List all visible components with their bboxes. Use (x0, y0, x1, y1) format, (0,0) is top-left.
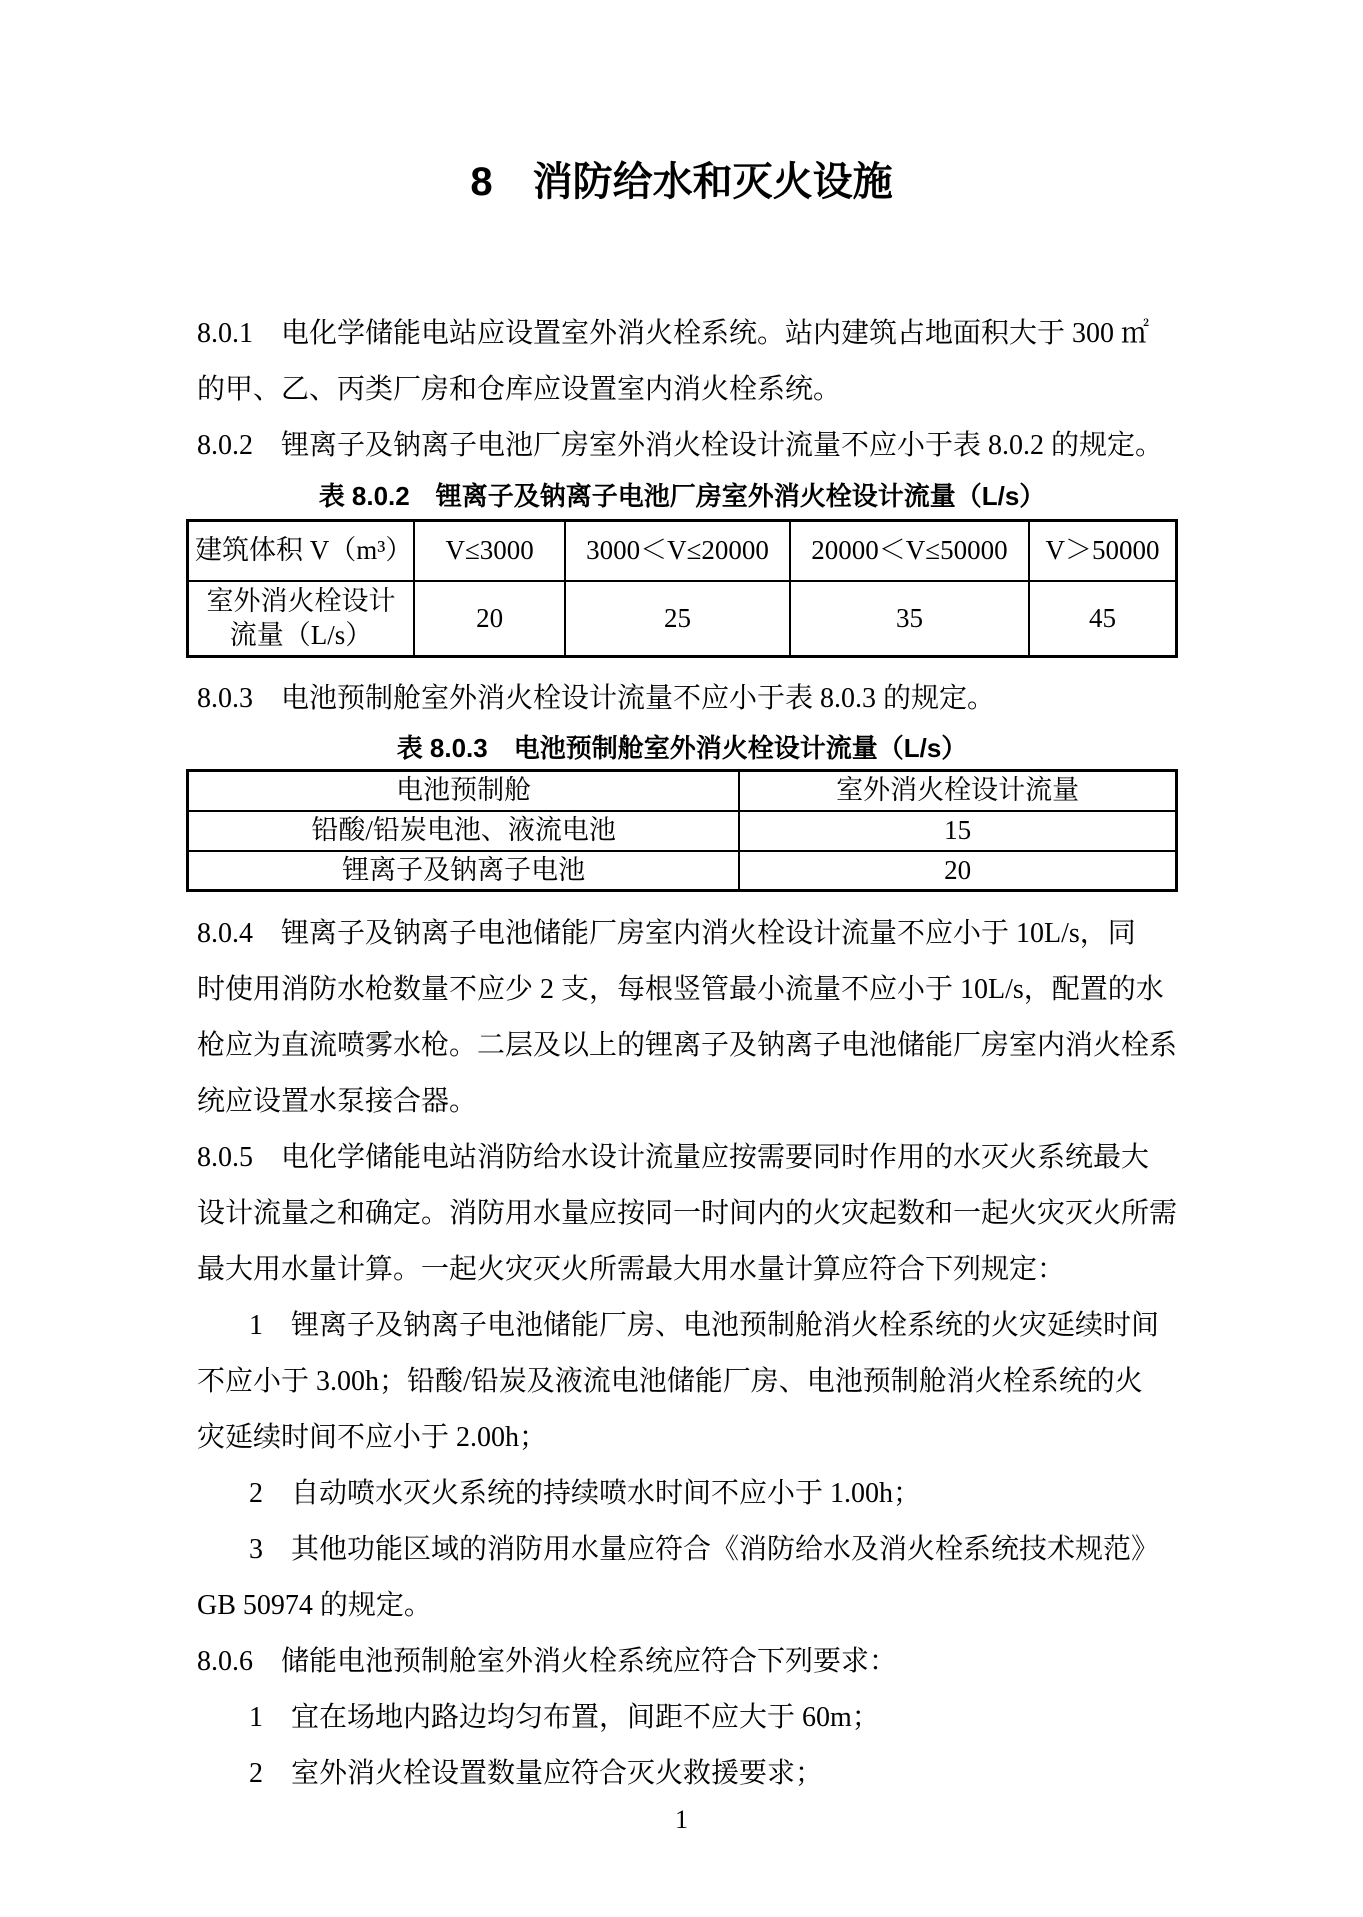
paragraph-line: 灾延续时间不应小于 2.00h； (197, 1410, 1212, 1466)
list-item-line: 1 锂离子及钠离子电池储能厂房、电池预制舱消火栓系统的火灾延续时间 (197, 1298, 1212, 1354)
table-cell-value: 45 (1029, 581, 1176, 657)
list-item-line: 2 自动喷水灭火系统的持续喷水时间不应小于 1.00h； (197, 1466, 1212, 1522)
list-item-line: 2 室外消火栓设置数量应符合灭火救援要求； (197, 1746, 1212, 1802)
page-number: 1 (0, 1805, 1363, 1835)
table-cell-value: 20 (739, 851, 1176, 891)
table-cell-value: 20 (414, 581, 565, 657)
table-cell-value: 35 (790, 581, 1029, 657)
paragraph-line: 设计流量之和确定。消防用水量应按同一时间内的火灾起数和一起火灾灭火所需 (197, 1186, 1212, 1242)
table-cell-header: V＞50000 (1029, 521, 1176, 582)
table-cell-value: 15 (739, 811, 1176, 851)
document-body: 8.0.1 电化学储能电站应设置室外消火栓系统。站内建筑占地面积大于 300 ㎡… (197, 306, 1212, 1802)
table-row: 建筑体积 V（m³） V≤3000 3000＜V≤20000 20000＜V≤5… (188, 521, 1177, 582)
paragraph-line: 时使用消防水枪数量不应少 2 支，每根竖管最小流量不应小于 10L/s，配置的水 (197, 962, 1212, 1018)
list-item-line: 3 其他功能区域的消防用水量应符合《消防给水及消火栓系统技术规范》 (197, 1522, 1212, 1578)
table-802-caption: 表 8.0.2 锂离子及钠离子电池厂房室外消火栓设计流量（L/s） (186, 474, 1178, 519)
paragraph-line: 最大用水量计算。一起火灾灭火所需最大用水量计算应符合下列规定： (197, 1242, 1212, 1298)
table-803: 电池预制舱 室外消火栓设计流量 铅酸/铅炭电池、液流电池 15 锂离子及钠离子电… (186, 769, 1178, 892)
paragraph-line: GB 50974 的规定。 (197, 1578, 1212, 1634)
table-cell-label: 锂离子及钠离子电池 (188, 851, 740, 891)
paragraph-line: 8.0.3 电池预制舱室外消火栓设计流量不应小于表 8.0.3 的规定。 (197, 671, 1212, 727)
table-cell-value: 25 (565, 581, 790, 657)
document-page: 8 消防给水和灭火设施 8.0.1 电化学储能电站应设置室外消火栓系统。站内建筑… (0, 0, 1363, 1917)
table-cell-header: V≤3000 (414, 521, 565, 582)
chapter-title: 8 消防给水和灭火设施 (0, 158, 1363, 206)
table-cell-label: 室外消火栓设计流量（L/s） (188, 581, 414, 657)
list-item-line: 1 宜在场地内路边均匀布置，间距不应大于 60m； (197, 1690, 1212, 1746)
table-803-caption: 表 8.0.3 电池预制舱室外消火栓设计流量（L/s） (186, 727, 1178, 769)
paragraph-line: 统应设置水泵接合器。 (197, 1074, 1212, 1130)
table-row: 室外消火栓设计流量（L/s） 20 25 35 45 (188, 581, 1177, 657)
table-cell-label: 铅酸/铅炭电池、液流电池 (188, 811, 740, 851)
paragraph-line: 的甲、乙、丙类厂房和仓库应设置室内消火栓系统。 (197, 362, 1212, 418)
table-row: 电池预制舱 室外消火栓设计流量 (188, 771, 1177, 811)
table-row: 锂离子及钠离子电池 20 (188, 851, 1177, 891)
table-cell-header: 3000＜V≤20000 (565, 521, 790, 582)
table-row: 铅酸/铅炭电池、液流电池 15 (188, 811, 1177, 851)
table-cell-header: 20000＜V≤50000 (790, 521, 1029, 582)
table-cell-header: 建筑体积 V（m³） (188, 521, 414, 582)
paragraph-line: 8.0.2 锂离子及钠离子电池厂房室外消火栓设计流量不应小于表 8.0.2 的规… (197, 418, 1212, 474)
paragraph-line: 枪应为直流喷雾水枪。二层及以上的锂离子及钠离子电池储能厂房室内消火栓系 (197, 1018, 1212, 1074)
table-cell-header: 室外消火栓设计流量 (739, 771, 1176, 811)
table-802: 建筑体积 V（m³） V≤3000 3000＜V≤20000 20000＜V≤5… (186, 519, 1178, 658)
paragraph-line: 8.0.5 电化学储能电站消防给水设计流量应按需要同时作用的水灭火系统最大 (197, 1130, 1212, 1186)
paragraph-line: 8.0.4 锂离子及钠离子电池储能厂房室内消火栓设计流量不应小于 10L/s，同 (197, 906, 1212, 962)
paragraph-line: 8.0.1 电化学储能电站应设置室外消火栓系统。站内建筑占地面积大于 300 ㎡ (197, 306, 1212, 362)
paragraph-line: 不应小于 3.00h；铅酸/铅炭及液流电池储能厂房、电池预制舱消火栓系统的火 (197, 1354, 1212, 1410)
paragraph-line: 8.0.6 储能电池预制舱室外消火栓系统应符合下列要求： (197, 1634, 1212, 1690)
table-cell-header: 电池预制舱 (188, 771, 740, 811)
